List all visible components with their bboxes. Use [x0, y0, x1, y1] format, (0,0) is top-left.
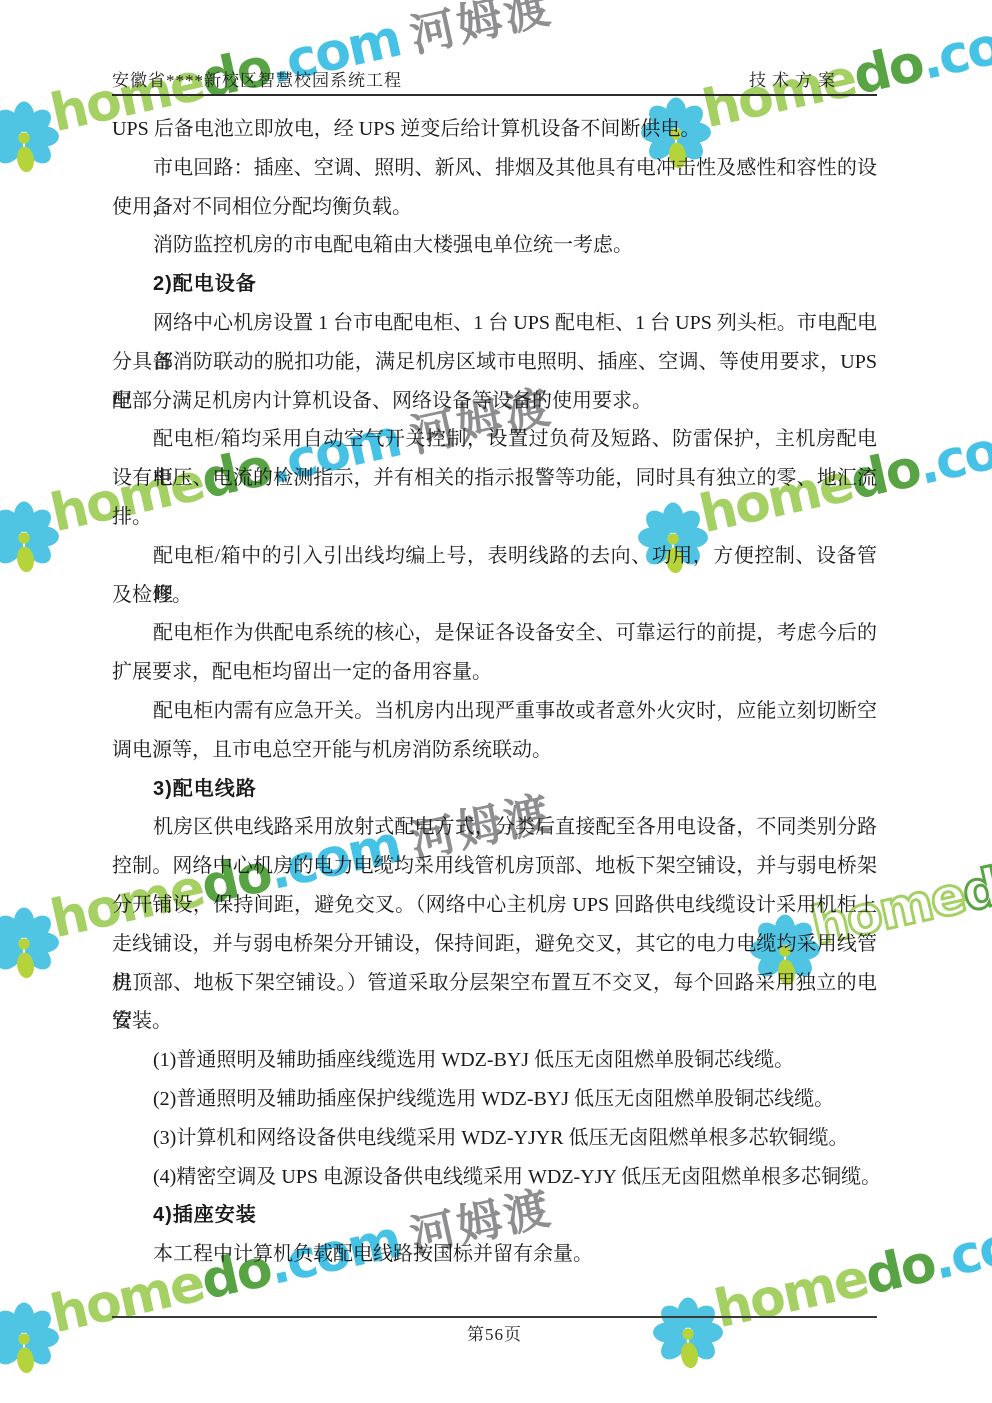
page-header: 安徽省****新校区智慧校园系统工程 技术方案 [112, 66, 877, 91]
list-item: (2)普通照明及辅助插座保护线缆选用 WDZ-BYJ 低压无卤阻燃单股铜芯线缆。 [112, 1080, 877, 1119]
body-line: 网络中心机房设置 1 台市电配电柜、1 台 UPS 配电柜、1 台 UPS 列头… [112, 304, 877, 343]
body-line: 调电源等，且市电总空开能与机房消防系统联动。 [112, 731, 877, 770]
section-heading: 2)配电设备 [112, 265, 877, 304]
body-line: 配电柜内需有应急开关。当机房内出现严重事故或者意外火灾时，应能立刻切断空 [112, 692, 877, 731]
body-line: 房顶部、地板下架空铺设。）管道采取分层架空布置互不交叉，每个回路采用独立的电管 [112, 964, 877, 1003]
header-doc-label: 技术方案 [749, 66, 877, 91]
body-line: 配电柜/箱均采用自动空气开关控制，设置过负荷及短路、防雷保护，主机房配电柜 [112, 420, 877, 459]
body-line: 使用，对不同相位分配均衡负载。 [112, 188, 877, 227]
footer-rule [112, 1316, 877, 1318]
list-item: (4)精密空调及 UPS 电源设备供电线缆采用 WDZ-YJY 低压无卤阻燃单根… [112, 1158, 877, 1197]
header-rule [112, 94, 877, 96]
body-line: 配电柜/箱中的引入引出线均编上号，表明线路的去向、功用，方便控制、设备管理 [112, 537, 877, 576]
body-line: 扩展要求，配电柜均留出一定的备用容量。 [112, 653, 877, 692]
header-project-title: 安徽省****新校区智慧校园系统工程 [112, 66, 402, 91]
body-line: 电部分满足机房内计算机设备、网络设备等设备的使用要求。 [112, 382, 877, 421]
section-heading: 3)配电线路 [112, 770, 877, 809]
section-heading: 4)插座安装 [112, 1196, 877, 1235]
body-line: 走线铺设，并与弱电桥架分开铺设，保持间距，避免交叉，其它的电力电缆均采用线管机 [112, 925, 877, 964]
document-page: homedo.com河姆渡 homedo.com河姆渡 homedo.com河姆… [0, 0, 992, 1403]
body-line: 安装。 [112, 1002, 877, 1041]
body-line: 分具备消防联动的脱扣功能，满足机房区域市电照明、插座、空调、等使用要求，UPS … [112, 343, 877, 382]
body-line: 消防监控机房的市电配电箱由大楼强电单位统一考虑。 [112, 226, 877, 265]
body-line: UPS 后备电池立即放电，经 UPS 逆变后给计算机设备不间断供电。 [112, 110, 877, 149]
body-line: 机房区供电线路采用放射式配电方式，分类后直接配至各用电设备，不同类别分路 [112, 808, 877, 847]
body-line: 本工程中计算机负载配电线路按国标并留有余量。 [112, 1235, 877, 1274]
document-body: UPS 后备电池立即放电，经 UPS 逆变后给计算机设备不间断供电。 市电回路：… [112, 110, 877, 1274]
list-item: (1)普通照明及辅助插座线缆选用 WDZ-BYJ 低压无卤阻燃单股铜芯线缆。 [112, 1041, 877, 1080]
body-line: 配电柜作为供配电系统的核心，是保证各设备安全、可靠运行的前提，考虑今后的 [112, 614, 877, 653]
body-line: 市电回路：插座、空调、照明、新风、排烟及其他具有电冲击性及感性和容性的设备 [112, 149, 877, 188]
body-line: 控制。网络中心机房的电力电缆均采用线管机房顶部、地板下架空铺设，并与弱电桥架 [112, 847, 877, 886]
body-line: 排。 [112, 498, 877, 537]
list-item: (3)计算机和网络设备供电线缆采用 WDZ-YJYR 低压无卤阻燃单根多芯软铜缆… [112, 1119, 877, 1158]
body-line: 及检修。 [112, 576, 877, 615]
page-number: 第56页 [112, 1320, 877, 1345]
page-content: 安徽省****新校区智慧校园系统工程 技术方案 UPS 后备电池立即放电，经 U… [0, 0, 992, 1403]
body-line: 设有电压、电流的检测指示，并有相关的指示报警等功能，同时具有独立的零、地汇流 [112, 459, 877, 498]
body-line: 分开铺设，保持间距，避免交叉。（网络中心主机房 UPS 回路供电线缆设计采用机柜… [112, 886, 877, 925]
